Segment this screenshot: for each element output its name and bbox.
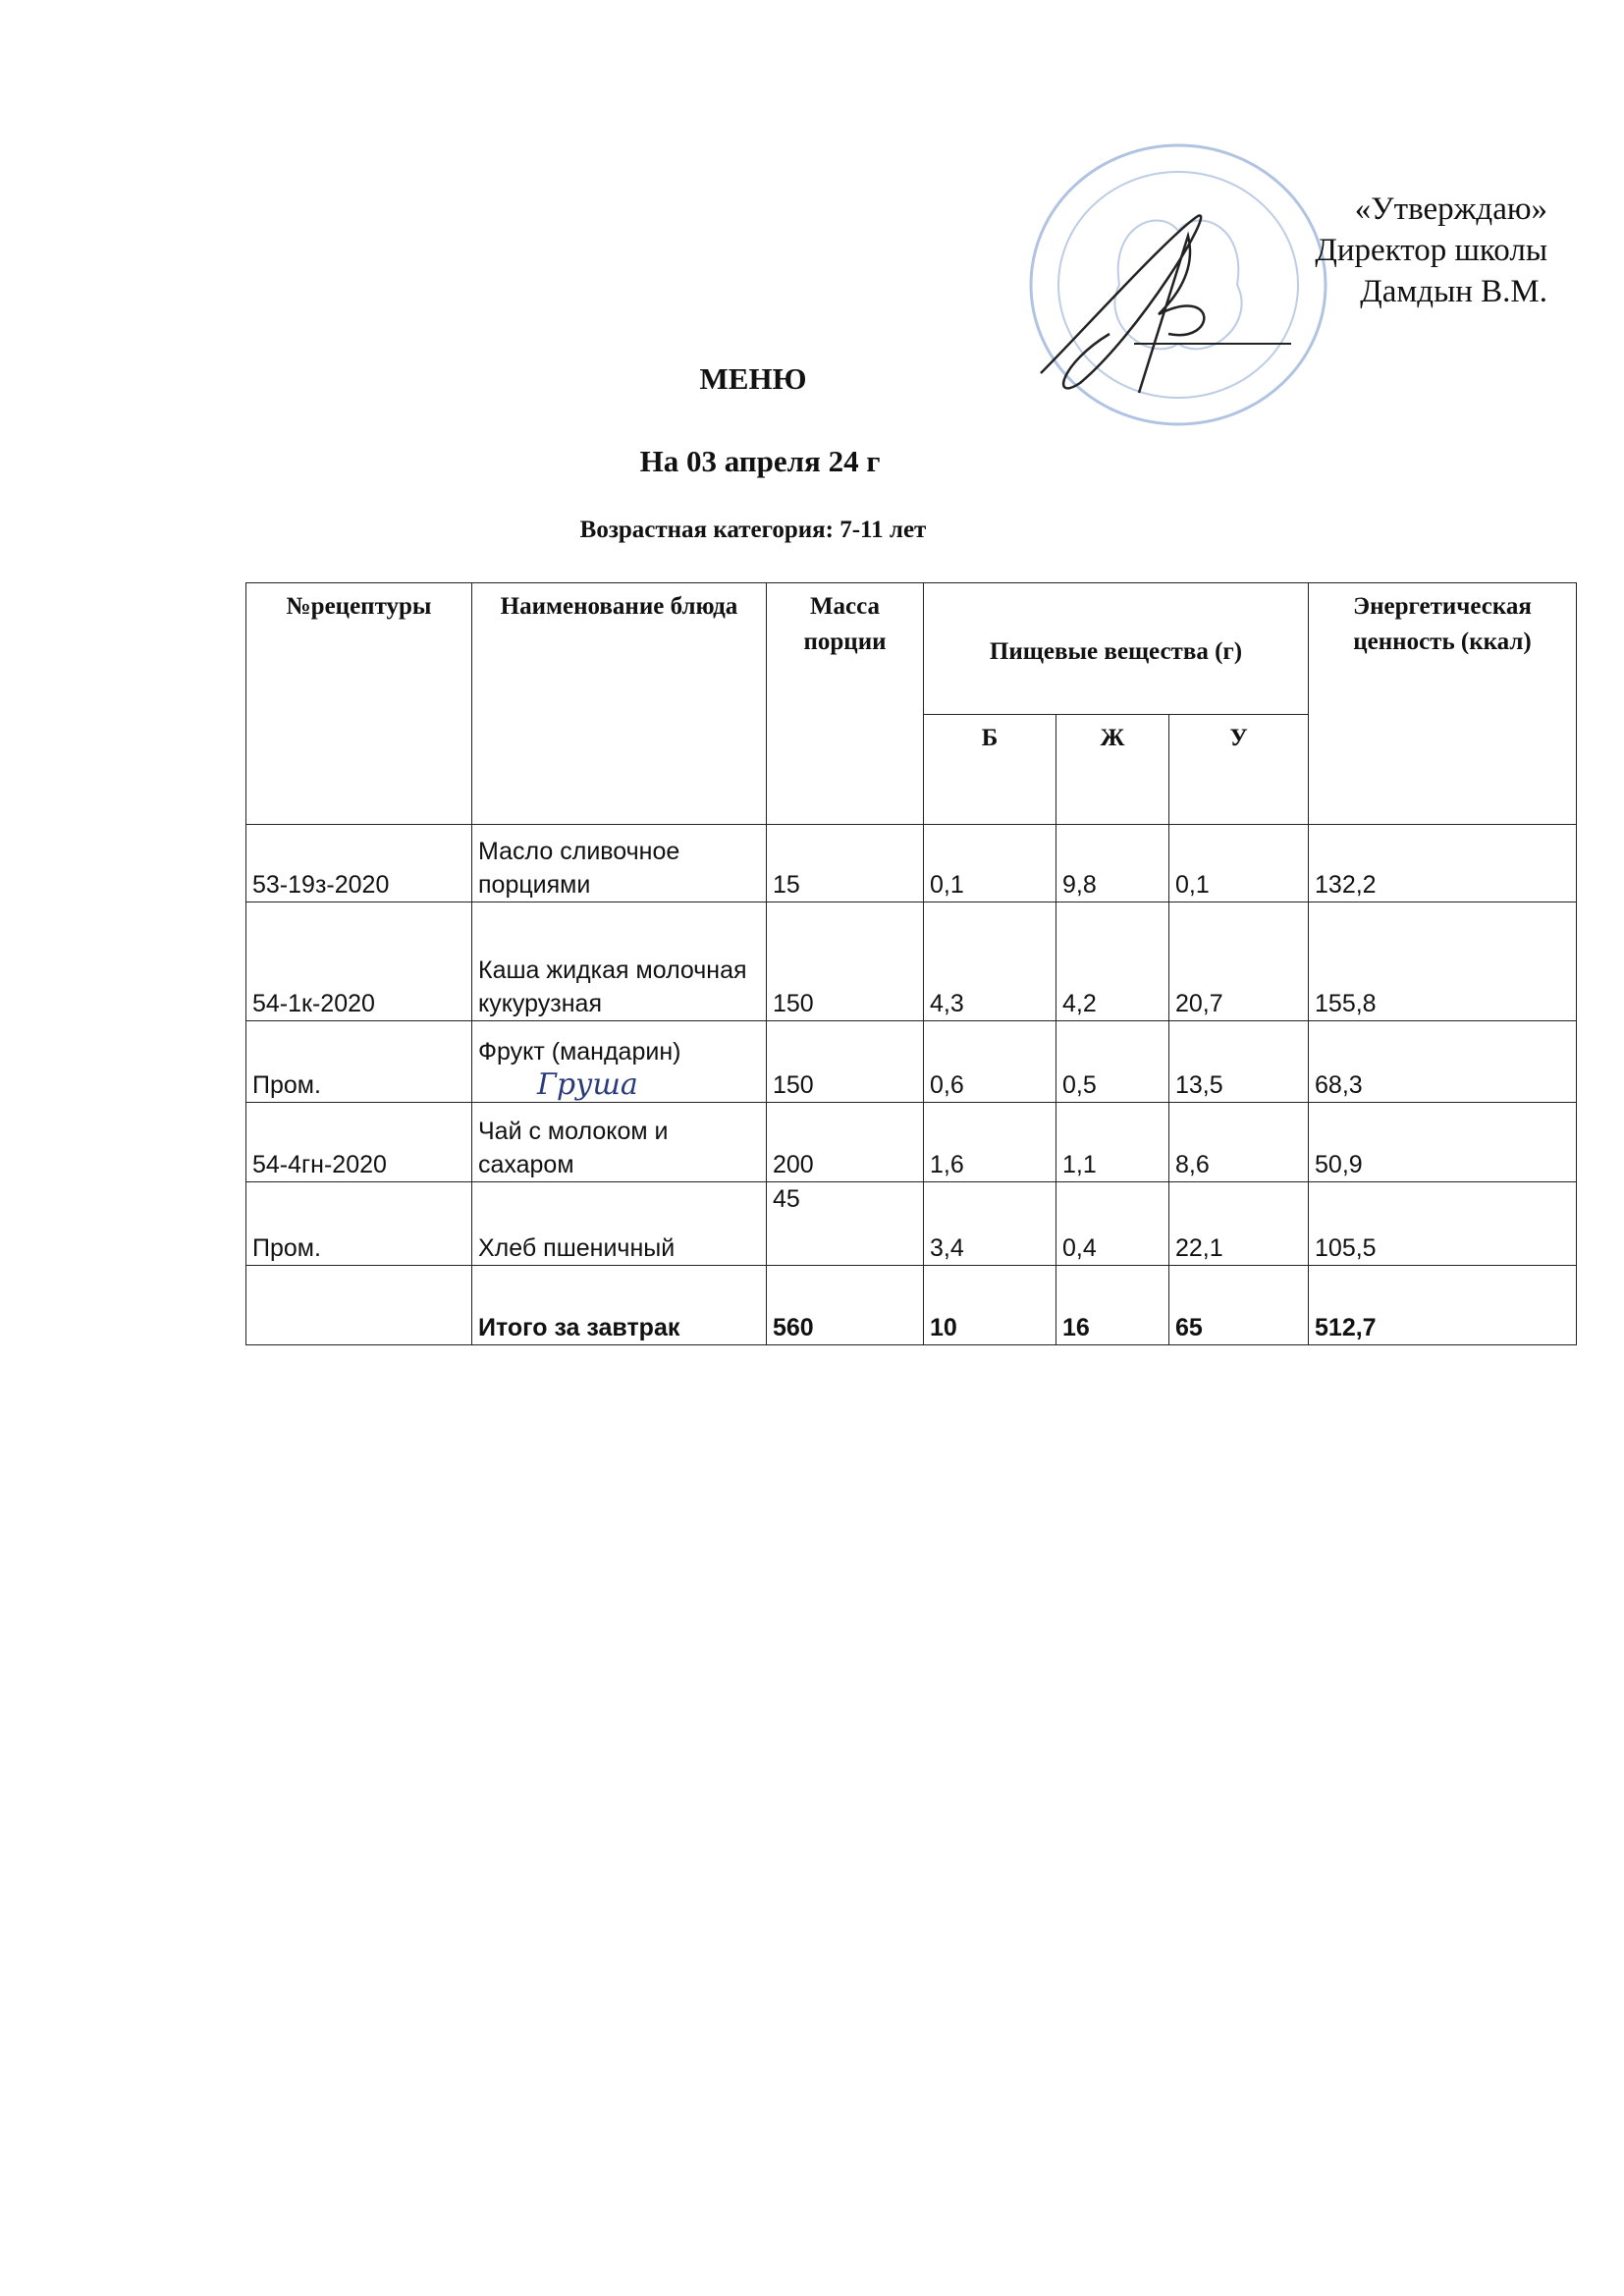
cell-recipe: 53-19з-2020 xyxy=(246,825,472,902)
cell-fats: 0,5 xyxy=(1056,1021,1169,1103)
table-row: Пром. Хлеб пшеничный 45 3,4 0,4 22,1 105… xyxy=(246,1182,1577,1266)
cell-carbs: 13,5 xyxy=(1169,1021,1309,1103)
cell-proteins: 3,4 xyxy=(924,1182,1056,1266)
age-category: Возрастная категория: 7-11 лет xyxy=(0,517,1624,544)
cell-fats: 4,2 xyxy=(1056,902,1169,1021)
header-carbs: У xyxy=(1169,715,1309,825)
header-dish: Наименование блюда xyxy=(472,583,767,825)
cell-dish: Чай с молоком и сахаром xyxy=(472,1103,767,1182)
approval-label: «Утверждаю» xyxy=(1315,189,1547,230)
cell-carbs: 0,1 xyxy=(1169,825,1309,902)
cell-energy: 50,9 xyxy=(1309,1103,1577,1182)
cell-dish: Хлеб пшеничный xyxy=(472,1182,767,1266)
cell-fats: 1,1 xyxy=(1056,1103,1169,1182)
total-label: Итого за завтрак xyxy=(472,1266,767,1345)
header-recipe: №рецептуры xyxy=(246,583,472,825)
header-fats: Ж xyxy=(1056,715,1169,825)
cell-dish: Масло сливочное порциями xyxy=(472,825,767,902)
cell-recipe: 54-4гн-2020 xyxy=(246,1103,472,1182)
cell-mass: 15 xyxy=(767,825,924,902)
cell-proteins: 1,6 xyxy=(924,1103,1056,1182)
cell-recipe xyxy=(246,1266,472,1345)
dish-printed-name: Фрукт (мандарин) xyxy=(478,1035,760,1068)
cell-proteins: 0,1 xyxy=(924,825,1056,902)
header-nutrients: Пищевые вещества (г) xyxy=(924,583,1309,715)
cell-energy: 132,2 xyxy=(1309,825,1577,902)
cell-mass: 150 xyxy=(767,1021,924,1103)
approval-block: «Утверждаю» Директор школы Дамдын В.М. xyxy=(1315,189,1547,312)
cell-carbs: 8,6 xyxy=(1169,1103,1309,1182)
cell-mass: 200 xyxy=(767,1103,924,1182)
table-row: 54-1к-2020 Каша жидкая молочная кукурузн… xyxy=(246,902,1577,1021)
cell-carbs: 20,7 xyxy=(1169,902,1309,1021)
table-total-row: Итого за завтрак 560 10 16 65 512,7 xyxy=(246,1266,1577,1345)
document-title: МЕНЮ xyxy=(0,361,1624,397)
total-mass: 560 xyxy=(767,1266,924,1345)
cell-recipe: Пром. xyxy=(246,1182,472,1266)
cell-energy: 105,5 xyxy=(1309,1182,1577,1266)
total-fats: 16 xyxy=(1056,1266,1169,1345)
approval-position: Директор школы xyxy=(1315,230,1547,271)
cell-energy: 68,3 xyxy=(1309,1021,1577,1103)
handwritten-correction: Груша xyxy=(537,1068,760,1102)
table-header-row: №рецептуры Наименование блюда Масса порц… xyxy=(246,583,1577,715)
cell-dish: Фрукт (мандарин) Груша xyxy=(472,1021,767,1103)
header-proteins: Б xyxy=(924,715,1056,825)
menu-date: На 03 апреля 24 г xyxy=(0,444,1624,479)
header-mass: Масса порции xyxy=(767,583,924,825)
cell-fats: 9,8 xyxy=(1056,825,1169,902)
cell-proteins: 4,3 xyxy=(924,902,1056,1021)
table-row: 54-4гн-2020 Чай с молоком и сахаром 200 … xyxy=(246,1103,1577,1182)
cell-dish: Каша жидкая молочная кукурузная xyxy=(472,902,767,1021)
cell-mass: 45 xyxy=(767,1182,924,1266)
cell-carbs: 22,1 xyxy=(1169,1182,1309,1266)
table-row: 53-19з-2020 Масло сливочное порциями 15 … xyxy=(246,825,1577,902)
cell-mass: 150 xyxy=(767,902,924,1021)
cell-recipe: 54-1к-2020 xyxy=(246,902,472,1021)
table-row: Пром. Фрукт (мандарин) Груша 150 0,6 0,5… xyxy=(246,1021,1577,1103)
total-proteins: 10 xyxy=(924,1266,1056,1345)
header-energy: Энергетическая ценность (ккал) xyxy=(1309,583,1577,825)
menu-table: №рецептуры Наименование блюда Масса порц… xyxy=(245,582,1577,1345)
cell-recipe: Пром. xyxy=(246,1021,472,1103)
approval-name: Дамдын В.М. xyxy=(1315,271,1547,312)
total-energy: 512,7 xyxy=(1309,1266,1577,1345)
cell-energy: 155,8 xyxy=(1309,902,1577,1021)
cell-fats: 0,4 xyxy=(1056,1182,1169,1266)
cell-proteins: 0,6 xyxy=(924,1021,1056,1103)
total-carbs: 65 xyxy=(1169,1266,1309,1345)
